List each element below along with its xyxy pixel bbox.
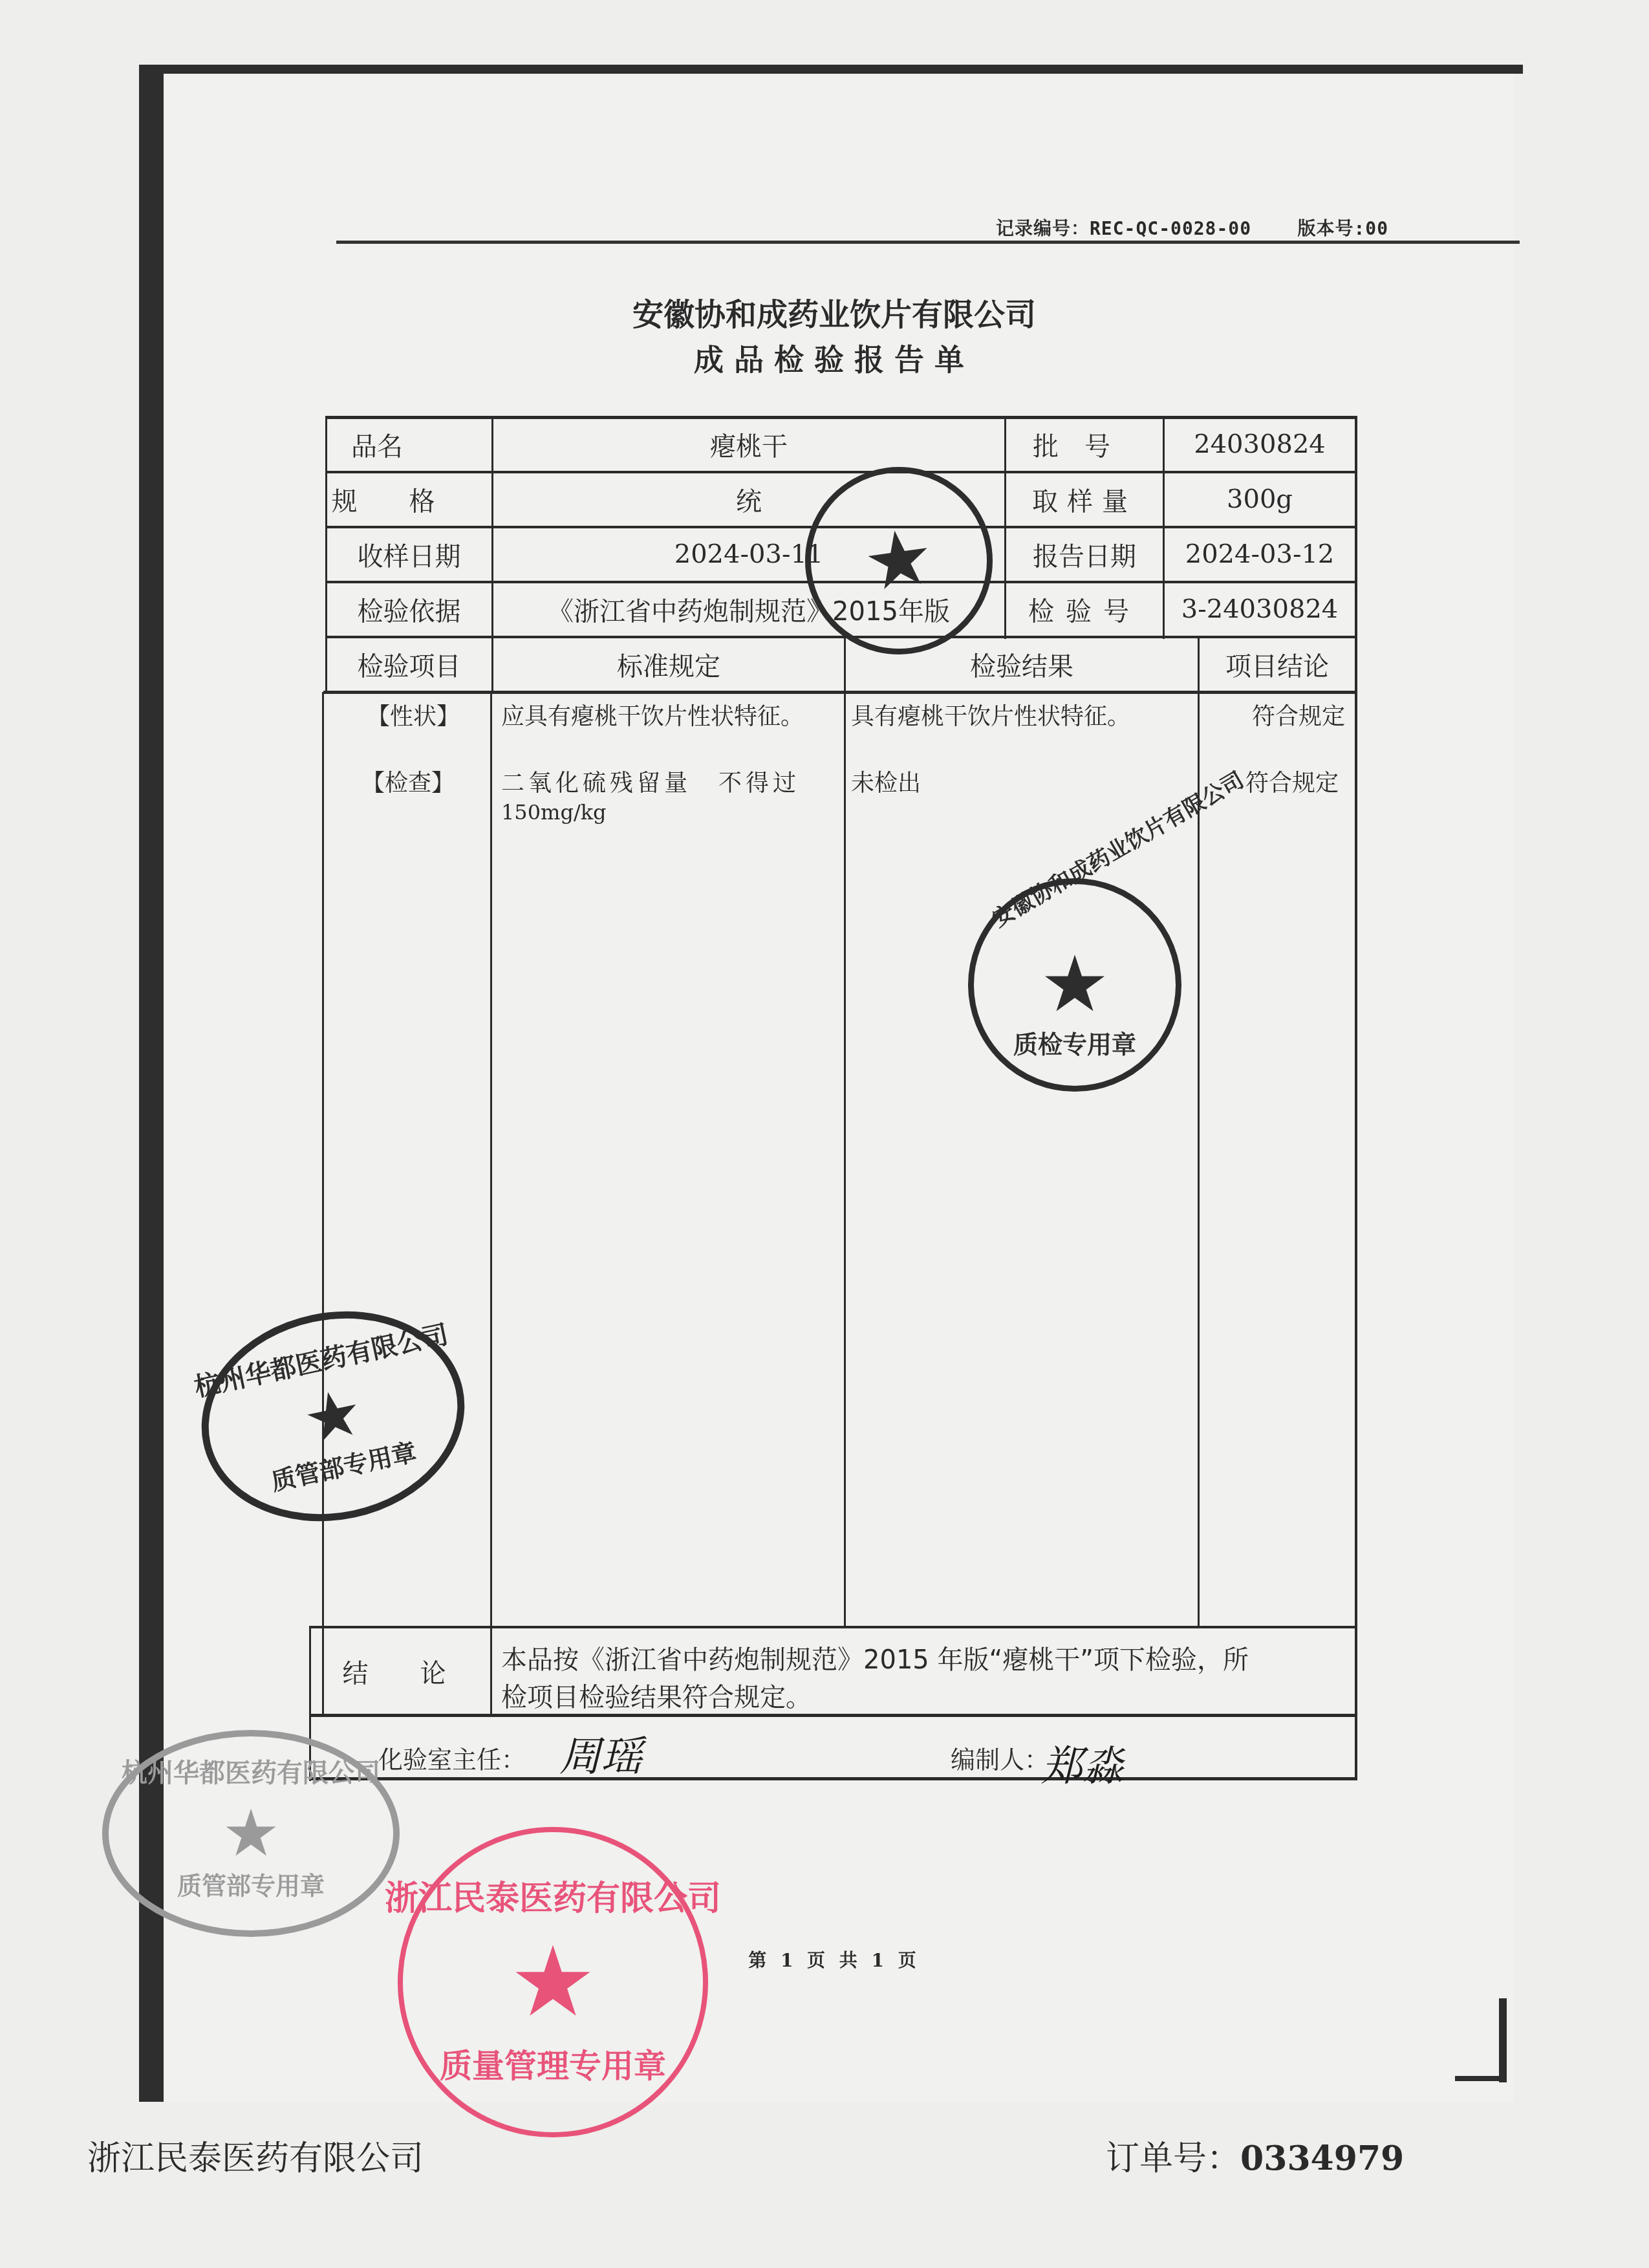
preparer-label: 编制人： xyxy=(951,1740,1049,1775)
standard-cell: 应具有瘪桃干饮片性状特征。 xyxy=(501,698,804,731)
star-icon: ★ xyxy=(298,1379,368,1454)
conclusion-cell: 符合规定 xyxy=(1200,698,1345,731)
report-date-value: 2024-03-12 xyxy=(1165,528,1355,581)
conclusion-label: 结 论 xyxy=(311,1628,490,1714)
mintai-stamp: ★ 浙江民泰医药有限公司 质量管理专用章 xyxy=(398,1827,708,2137)
report-date-label: 报告日期 xyxy=(1006,528,1163,581)
table-border-left xyxy=(322,692,324,1714)
col-divider xyxy=(844,637,846,1626)
lab-head-label: 化验室主任： xyxy=(378,1740,526,1775)
result-cell: 具有瘪桃干饮片性状特征。 xyxy=(851,698,1130,731)
scan-border-bottom xyxy=(1455,2076,1507,2081)
lab-head-signature: 周瑶 xyxy=(559,1723,642,1783)
record-number: 记录编号：REC-QC-0028-00 版本号:00 xyxy=(996,215,1388,241)
preparer-signature: 郑淼 xyxy=(1041,1733,1124,1793)
conclusion-text-line2: 检项目检验结果符合规定。 xyxy=(501,1677,812,1714)
star-icon: ★ xyxy=(859,517,938,604)
product-name-value: 瘪桃干 xyxy=(493,418,1004,471)
scan-border-top xyxy=(139,65,1523,74)
spec-label: 规格 xyxy=(327,473,491,526)
col-header-standard: 标准规定 xyxy=(493,638,844,691)
stamp-ring-text: 杭州华都医药有限公司 xyxy=(122,1753,380,1789)
col-header-item: 检验项目 xyxy=(327,638,491,691)
scan-border-right xyxy=(1499,1998,1507,2082)
test-no-value: 3-24030824 xyxy=(1165,583,1355,636)
test-no-label: 检验号 xyxy=(1006,583,1163,636)
standard-cell: 二氧化硫残留量 不得过 xyxy=(501,765,800,798)
distributor-name: 浙江民泰医药有限公司 xyxy=(87,2131,424,2179)
record-number-value: REC-QC-0028-00 xyxy=(1090,218,1251,239)
version-value: 00 xyxy=(1365,218,1388,239)
sample-qty-value: 300g xyxy=(1165,473,1355,526)
result-cell: 未检出 xyxy=(851,765,921,798)
row-divider xyxy=(323,691,1357,694)
item-cell: 【检查】 xyxy=(331,765,485,798)
batch-label: 批号 xyxy=(1006,418,1163,471)
stamp-bottom-text: 质管部专用章 xyxy=(177,1866,325,1901)
order-label: 订单号： xyxy=(1106,2139,1240,2178)
star-icon: ★ xyxy=(1040,946,1110,1024)
col-header-conclusion: 项目结论 xyxy=(1200,638,1355,691)
basis-label: 检验依据 xyxy=(327,583,491,636)
col-divider xyxy=(490,692,492,1714)
header-rule xyxy=(336,241,1520,244)
company-title: 安徽协和成药业饮片有限公司 xyxy=(0,290,1649,334)
table-border-right xyxy=(1355,416,1357,1780)
report-title: 成品检验报告单 xyxy=(0,336,1649,379)
product-name-label: 品名 xyxy=(327,418,491,471)
page-number: 第 1 页 共 1 页 xyxy=(0,1947,1649,1972)
star-icon: ★ xyxy=(222,1801,280,1866)
stamp-bottom-text: 质检专用章 xyxy=(1013,1024,1136,1060)
qc-stamp: ★ 安徽协和成药业饮片有限公司 质检专用章 xyxy=(968,878,1181,1092)
label-text: 品名 xyxy=(351,426,403,463)
sample-qty-label: 取样量 xyxy=(1006,473,1163,526)
table-border-bottom xyxy=(309,1777,1357,1780)
standard-cell-line2: 150mg/kg xyxy=(501,800,607,825)
stamp-bottom-text: 质量管理专用章 xyxy=(440,2040,666,2087)
stamp-ring-text: 浙江民泰医药有限公司 xyxy=(385,1871,721,1919)
record-number-label: 记录编号： xyxy=(996,218,1090,239)
item-cell: 【性状】 xyxy=(336,698,490,731)
sample-date-label: 收样日期 xyxy=(327,528,491,581)
version-label: 版本号: xyxy=(1297,218,1365,239)
huadu-stamp-gray: ★ 杭州华都医药有限公司 质管部专用章 xyxy=(102,1730,400,1937)
row-divider xyxy=(309,1714,1357,1717)
batch-value: 24030824 xyxy=(1165,418,1355,471)
conclusion-text-line1: 本品按《浙江省中药炮制规范》2015 年版“瘪桃干”项下检验，所 xyxy=(501,1639,1249,1676)
order-value: 0334979 xyxy=(1240,2139,1404,2178)
order-number: 订单号：0334979 xyxy=(1106,2131,1404,2179)
